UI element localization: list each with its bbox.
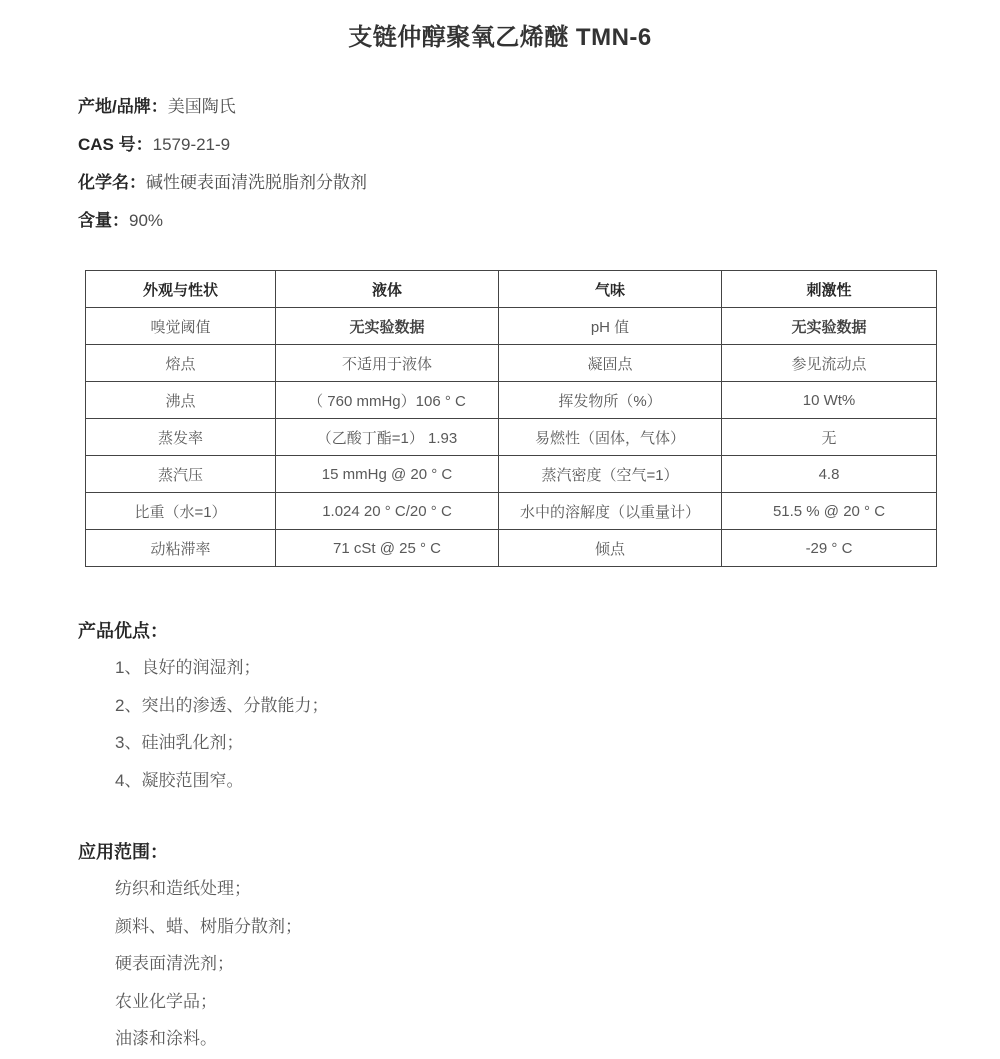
list-item: 油漆和涂料。 bbox=[115, 1020, 940, 1058]
table-cell: 挥发物所（%） bbox=[499, 382, 722, 419]
properties-table: 外观与性状液体气味刺激性 嗅觉阈值无实验数据pH 值无实验数据熔点不适用于液体凝… bbox=[85, 270, 937, 567]
table-header-cell: 外观与性状 bbox=[86, 271, 276, 308]
table-row: 沸点（ 760 mmHg）106 ° C挥发物所（%）10 Wt% bbox=[86, 382, 937, 419]
table-row: 蒸汽压15 mmHg @ 20 ° C蒸汽密度（空气=1）4.8 bbox=[86, 456, 937, 493]
table-cell: 参见流动点 bbox=[722, 345, 937, 382]
list-item: 1、良好的润湿剂； bbox=[115, 649, 940, 687]
applications-section: 应用范围： 纺织和造纸处理；颜料、蜡、树脂分散剂；硬表面清洗剂；农业化学品；油漆… bbox=[78, 842, 940, 1058]
advantages-section: 产品优点： 1、良好的润湿剂；2、突出的渗透、分散能力；3、硅油乳化剂；4、凝胶… bbox=[78, 621, 940, 799]
table-head: 外观与性状液体气味刺激性 bbox=[86, 271, 937, 308]
table-header-cell: 液体 bbox=[276, 271, 499, 308]
table-header-cell: 气味 bbox=[499, 271, 722, 308]
list-item: 硬表面清洗剂； bbox=[115, 945, 940, 983]
table-cell: 倾点 bbox=[499, 530, 722, 567]
table-cell: 比重（水=1） bbox=[86, 493, 276, 530]
table-row: 嗅觉阈值无实验数据pH 值无实验数据 bbox=[86, 308, 937, 345]
applications-heading: 应用范围： bbox=[78, 842, 940, 863]
table-row: 比重（水=1）1.024 20 ° C/20 ° C水中的溶解度（以重量计）51… bbox=[86, 493, 937, 530]
info-field-label: 含量： bbox=[78, 211, 129, 230]
table-cell: 无实验数据 bbox=[722, 308, 937, 345]
list-item: 3、硅油乳化剂； bbox=[115, 724, 940, 762]
list-item: 4、凝胶范围窄。 bbox=[115, 762, 940, 800]
advantages-list: 1、良好的润湿剂；2、突出的渗透、分散能力；3、硅油乳化剂；4、凝胶范围窄。 bbox=[78, 649, 940, 799]
table-row: 动粘滞率71 cSt @ 25 ° C倾点-29 ° C bbox=[86, 530, 937, 567]
table-header-cell: 刺激性 bbox=[722, 271, 937, 308]
info-field: 产地/品牌：美国陶氏 bbox=[78, 88, 940, 126]
info-field: 化学名：碱性硬表面清洗脱脂剂分散剂 bbox=[78, 164, 940, 202]
table-cell: 无实验数据 bbox=[276, 308, 499, 345]
table-row: 蒸发率（乙酸丁酯=1） 1.93易燃性（固体，气体）无 bbox=[86, 419, 937, 456]
table-cell: pH 值 bbox=[499, 308, 722, 345]
table-cell: 蒸发率 bbox=[86, 419, 276, 456]
table-cell: 凝固点 bbox=[499, 345, 722, 382]
table-cell: 不适用于液体 bbox=[276, 345, 499, 382]
table-header-row: 外观与性状液体气味刺激性 bbox=[86, 271, 937, 308]
table-cell: （乙酸丁酯=1） 1.93 bbox=[276, 419, 499, 456]
info-block: 产地/品牌：美国陶氏CAS 号：1579-21-9化学名：碱性硬表面清洗脱脂剂分… bbox=[78, 88, 940, 240]
info-field-value: 1579-21-9 bbox=[153, 135, 231, 154]
table-cell: 水中的溶解度（以重量计） bbox=[499, 493, 722, 530]
table-cell: -29 ° C bbox=[722, 530, 937, 567]
list-item: 纺织和造纸处理； bbox=[115, 870, 940, 908]
info-field-value: 碱性硬表面清洗脱脂剂分散剂 bbox=[146, 173, 367, 192]
table-cell: 1.024 20 ° C/20 ° C bbox=[276, 493, 499, 530]
info-field-label: CAS 号： bbox=[78, 135, 153, 154]
advantages-heading: 产品优点： bbox=[78, 621, 940, 642]
info-field-value: 90% bbox=[129, 211, 163, 230]
table-row: 熔点不适用于液体凝固点参见流动点 bbox=[86, 345, 937, 382]
table-cell: 4.8 bbox=[722, 456, 937, 493]
table-cell: （ 760 mmHg）106 ° C bbox=[276, 382, 499, 419]
product-spec-page: 支链仲醇聚氧乙烯醚 TMN-6 产地/品牌：美国陶氏CAS 号：1579-21-… bbox=[0, 0, 1000, 1059]
info-field-label: 产地/品牌： bbox=[78, 97, 168, 116]
table-cell: 蒸汽密度（空气=1） bbox=[499, 456, 722, 493]
table-cell: 沸点 bbox=[86, 382, 276, 419]
table-cell: 嗅觉阈值 bbox=[86, 308, 276, 345]
list-item: 农业化学品； bbox=[115, 983, 940, 1021]
table-cell: 无 bbox=[722, 419, 937, 456]
table-cell: 熔点 bbox=[86, 345, 276, 382]
info-field: CAS 号：1579-21-9 bbox=[78, 126, 940, 164]
info-field-value: 美国陶氏 bbox=[168, 97, 236, 116]
info-field: 含量：90% bbox=[78, 202, 940, 240]
list-item: 2、突出的渗透、分散能力； bbox=[115, 687, 940, 725]
table-cell: 易燃性（固体，气体） bbox=[499, 419, 722, 456]
applications-list: 纺织和造纸处理；颜料、蜡、树脂分散剂；硬表面清洗剂；农业化学品；油漆和涂料。 bbox=[78, 870, 940, 1058]
table-cell: 动粘滞率 bbox=[86, 530, 276, 567]
table-cell: 15 mmHg @ 20 ° C bbox=[276, 456, 499, 493]
table-cell: 51.5 % @ 20 ° C bbox=[722, 493, 937, 530]
table-cell: 蒸汽压 bbox=[86, 456, 276, 493]
list-item: 颜料、蜡、树脂分散剂； bbox=[115, 908, 940, 946]
page-title: 支链仲醇聚氧乙烯醚 TMN-6 bbox=[0, 17, 1000, 52]
info-field-label: 化学名： bbox=[78, 173, 146, 192]
table-cell: 10 Wt% bbox=[722, 382, 937, 419]
table-cell: 71 cSt @ 25 ° C bbox=[276, 530, 499, 567]
table-body: 嗅觉阈值无实验数据pH 值无实验数据熔点不适用于液体凝固点参见流动点沸点（ 76… bbox=[86, 308, 937, 567]
